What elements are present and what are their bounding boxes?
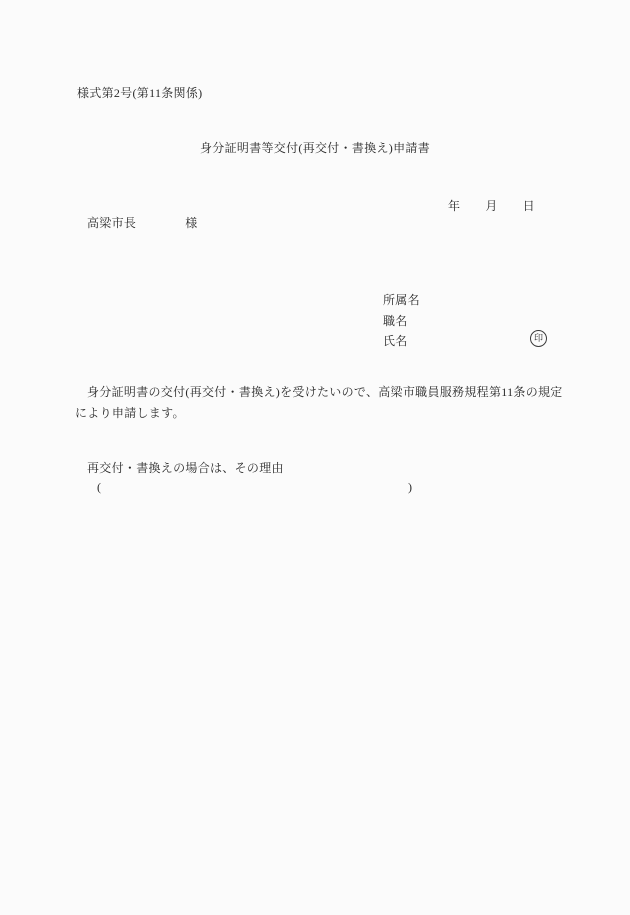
form-title: 身分証明書等交付(再交付・書換え)申請書 bbox=[0, 141, 630, 155]
reason-paren-close: ) bbox=[408, 480, 412, 494]
date-line: 年 月 日 bbox=[448, 199, 535, 213]
body-line-1: 身分証明書の交付(再交付・書換え)を受けたいので、高梁市職員服務規程第11条の規… bbox=[87, 385, 563, 399]
document-page: 様式第2号(第11条関係) 身分証明書等交付(再交付・書換え)申請書 年 月 日… bbox=[0, 0, 630, 915]
position-label: 職名 bbox=[383, 314, 408, 328]
seal-mark-icon: 印 bbox=[530, 330, 547, 347]
name-label: 氏名 bbox=[383, 334, 408, 348]
addressee-honorific: 様 bbox=[185, 216, 197, 230]
form-number: 様式第2号(第11条関係) bbox=[77, 86, 202, 100]
reason-label: 再交付・書換えの場合は、その理由 bbox=[87, 461, 284, 475]
addressee-name: 高梁市長 bbox=[87, 216, 136, 230]
body-line-2: により申請します。 bbox=[75, 406, 185, 420]
affiliation-label: 所属名 bbox=[383, 293, 420, 307]
reason-paren-open: ( bbox=[97, 480, 101, 494]
date-year-label: 年 bbox=[448, 199, 460, 213]
date-day-label: 日 bbox=[523, 199, 535, 213]
addressee-line: 高梁市長 様 bbox=[87, 216, 198, 230]
date-month-label: 月 bbox=[485, 199, 497, 213]
